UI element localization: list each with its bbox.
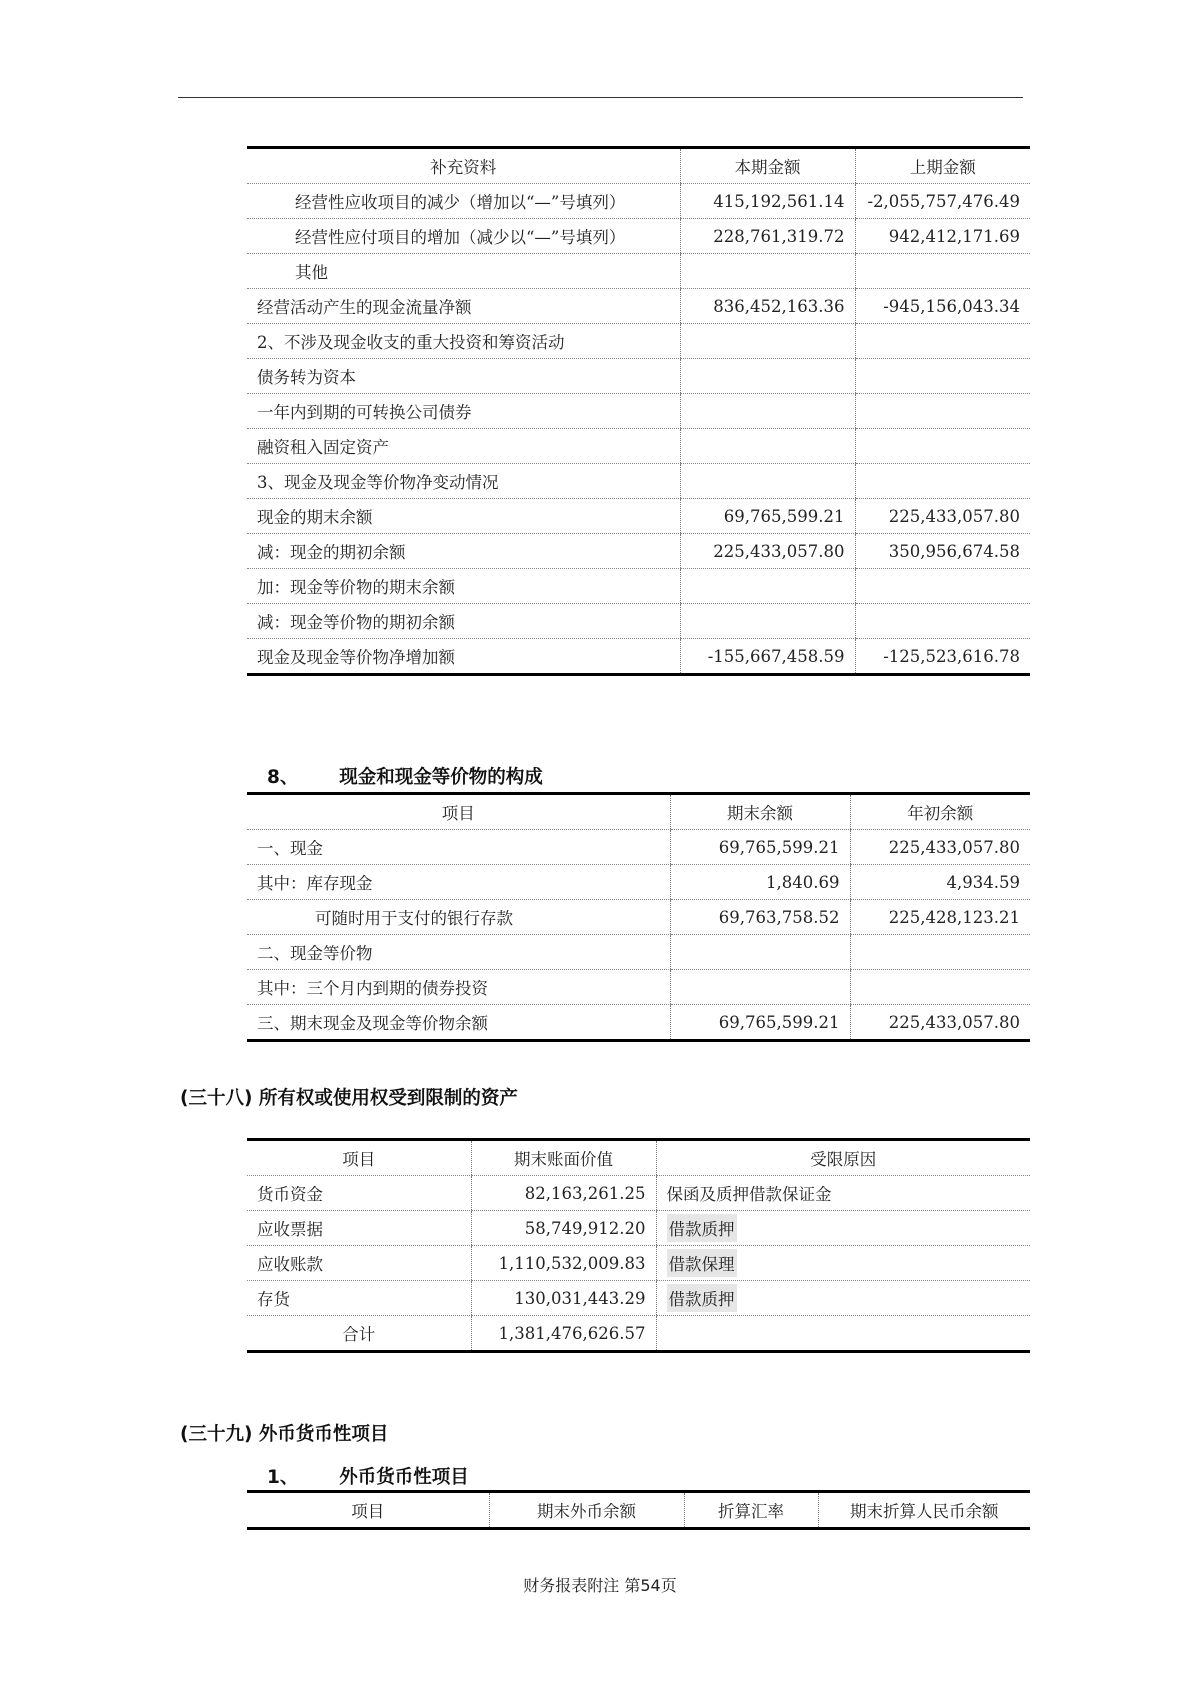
table-row: 应收账款1,110,532,009.83借款保理 bbox=[247, 1246, 1030, 1281]
row-label: 现金及现金等价物净增加额 bbox=[247, 639, 680, 675]
row-label: 经营性应付项目的增加（减少以“—”号填列） bbox=[247, 219, 680, 254]
prior-amount bbox=[855, 324, 1030, 359]
column-header: 期末外币余额 bbox=[489, 1492, 684, 1529]
column-header: 项目 bbox=[247, 794, 670, 830]
header-rule bbox=[178, 97, 1023, 98]
current-amount: 225,433,057.80 bbox=[680, 534, 855, 569]
ending-balance bbox=[670, 935, 850, 970]
ending-balance: 69,763,758.52 bbox=[670, 900, 850, 935]
prior-amount bbox=[855, 569, 1030, 604]
row-label: 现金的期末余额 bbox=[247, 499, 680, 534]
table-row: 应收票据58,749,912.20借款质押 bbox=[247, 1211, 1030, 1246]
book-value: 130,031,443.29 bbox=[471, 1281, 656, 1316]
row-label: 债务转为资本 bbox=[247, 359, 680, 394]
table-row: 经营性应付项目的增加（减少以“—”号填列）228,761,319.72942,4… bbox=[247, 219, 1030, 254]
foreign-currency-table: 项目 期末外币余额 折算汇率 期末折算人民币余额 bbox=[247, 1490, 1030, 1530]
column-header: 年初余额 bbox=[850, 794, 1030, 830]
table-row: 现金的期末余额69,765,599.21225,433,057.80 bbox=[247, 499, 1030, 534]
asset-item: 应收账款 bbox=[247, 1246, 471, 1281]
beginning-balance: 225,428,123.21 bbox=[850, 900, 1030, 935]
current-amount bbox=[680, 394, 855, 429]
table-header-row: 项目 期末账面价值 受限原因 bbox=[247, 1140, 1030, 1176]
row-label: 其他 bbox=[247, 254, 680, 289]
restriction-reason-text: 借款质押 bbox=[667, 1214, 737, 1242]
table-row: 3、现金及现金等价物净变动情况 bbox=[247, 464, 1030, 499]
current-amount: -155,667,458.59 bbox=[680, 639, 855, 675]
table-row: 经营性应收项目的减少（增加以“—”号填列）415,192,561.14-2,05… bbox=[247, 184, 1030, 219]
table-row: 减：现金的期初余额225,433,057.80350,956,674.58 bbox=[247, 534, 1030, 569]
table-row: 减：现金等价物的期初余额 bbox=[247, 604, 1030, 639]
cash-equivalents-table: 项目 期末余额 年初余额 一、现金69,765,599.21225,433,05… bbox=[247, 792, 1030, 1042]
section-39-subheading: 1、 外币货币性项目 bbox=[267, 1463, 469, 1489]
table-header-row: 项目 期末外币余额 折算汇率 期末折算人民币余额 bbox=[247, 1492, 1030, 1529]
section-title: 现金和现金等价物的构成 bbox=[339, 767, 543, 788]
current-amount: 69,765,599.21 bbox=[680, 499, 855, 534]
row-label: 加：现金等价物的期末余额 bbox=[247, 569, 680, 604]
row-label: 3、现金及现金等价物净变动情况 bbox=[247, 464, 680, 499]
subsection-title: 外币货币性项目 bbox=[339, 1467, 469, 1488]
book-value: 1,110,532,009.83 bbox=[471, 1246, 656, 1281]
table-row: 存货130,031,443.29借款质押 bbox=[247, 1281, 1030, 1316]
table-row: 现金及现金等价物净增加额-155,667,458.59-125,523,616.… bbox=[247, 639, 1030, 675]
row-label: 经营活动产生的现金流量净额 bbox=[247, 289, 680, 324]
total-value: 1,381,476,626.57 bbox=[471, 1316, 656, 1352]
prior-amount: 350,956,674.58 bbox=[855, 534, 1030, 569]
prior-amount bbox=[855, 394, 1030, 429]
table-row: 一、现金69,765,599.21225,433,057.80 bbox=[247, 830, 1030, 865]
asset-item: 货币资金 bbox=[247, 1176, 471, 1211]
table-row: 可随时用于支付的银行存款69,763,758.52225,428,123.21 bbox=[247, 900, 1030, 935]
prior-amount: -125,523,616.78 bbox=[855, 639, 1030, 675]
current-amount bbox=[680, 359, 855, 394]
table-row: 加：现金等价物的期末余额 bbox=[247, 569, 1030, 604]
current-amount bbox=[680, 569, 855, 604]
restriction-reason-text: 保函及质押借款保证金 bbox=[667, 1185, 832, 1204]
subsection-number: 1、 bbox=[267, 1467, 298, 1488]
page-footer: 财务报表附注 第54页 bbox=[0, 1573, 1200, 1596]
row-label: 经营性应收项目的减少（增加以“—”号填列） bbox=[247, 184, 680, 219]
book-value: 82,163,261.25 bbox=[471, 1176, 656, 1211]
prior-amount bbox=[855, 604, 1030, 639]
beginning-balance: 4,934.59 bbox=[850, 865, 1030, 900]
table-row: 一年内到期的可转换公司债券 bbox=[247, 394, 1030, 429]
beginning-balance bbox=[850, 970, 1030, 1005]
ending-balance: 69,765,599.21 bbox=[670, 830, 850, 865]
total-label: 合计 bbox=[247, 1316, 471, 1352]
current-amount bbox=[680, 604, 855, 639]
column-header: 期末余额 bbox=[670, 794, 850, 830]
row-label: 三、期末现金及现金等价物余额 bbox=[247, 1005, 670, 1041]
row-label: 其中：三个月内到期的债券投资 bbox=[247, 970, 670, 1005]
current-amount: 415,192,561.14 bbox=[680, 184, 855, 219]
table-row: 其中：三个月内到期的债券投资 bbox=[247, 970, 1030, 1005]
prior-amount: 942,412,171.69 bbox=[855, 219, 1030, 254]
table-row: 债务转为资本 bbox=[247, 359, 1030, 394]
restricted-assets-table: 项目 期末账面价值 受限原因 货币资金82,163,261.25保函及质押借款保… bbox=[247, 1138, 1030, 1353]
row-label: 可随时用于支付的银行存款 bbox=[247, 900, 670, 935]
column-header: 折算汇率 bbox=[684, 1492, 818, 1529]
prior-amount: 225,433,057.80 bbox=[855, 499, 1030, 534]
table-row: 二、现金等价物 bbox=[247, 935, 1030, 970]
prior-amount bbox=[855, 464, 1030, 499]
column-header: 受限原因 bbox=[656, 1140, 1030, 1176]
row-label: 其中：库存现金 bbox=[247, 865, 670, 900]
row-label: 融资租入固定资产 bbox=[247, 429, 680, 464]
column-header: 期末折算人民币余额 bbox=[818, 1492, 1030, 1529]
total-row: 合计1,381,476,626.57 bbox=[247, 1316, 1030, 1352]
beginning-balance bbox=[850, 935, 1030, 970]
table-header-row: 项目 期末余额 年初余额 bbox=[247, 794, 1030, 830]
prior-amount bbox=[855, 254, 1030, 289]
restriction-reason-text: 借款质押 bbox=[667, 1284, 737, 1312]
table-row: 其他 bbox=[247, 254, 1030, 289]
asset-item: 存货 bbox=[247, 1281, 471, 1316]
prior-amount bbox=[855, 359, 1030, 394]
section-number: 8、 bbox=[267, 767, 298, 788]
column-header: 期末账面价值 bbox=[471, 1140, 656, 1176]
table-row: 其中：库存现金1,840.694,934.59 bbox=[247, 865, 1030, 900]
row-label: 减：现金的期初余额 bbox=[247, 534, 680, 569]
restriction-reason: 借款质押 bbox=[656, 1211, 1030, 1246]
table-header-row: 补充资料 本期金额 上期金额 bbox=[247, 148, 1030, 184]
current-amount: 836,452,163.36 bbox=[680, 289, 855, 324]
prior-amount: -2,055,757,476.49 bbox=[855, 184, 1030, 219]
total-reason bbox=[656, 1316, 1030, 1352]
prior-amount bbox=[855, 429, 1030, 464]
table-row: 货币资金82,163,261.25保函及质押借款保证金 bbox=[247, 1176, 1030, 1211]
beginning-balance: 225,433,057.80 bbox=[850, 830, 1030, 865]
section-8-heading: 8、 现金和现金等价物的构成 bbox=[267, 763, 543, 789]
current-amount bbox=[680, 429, 855, 464]
book-value: 58,749,912.20 bbox=[471, 1211, 656, 1246]
row-label: 2、不涉及现金收支的重大投资和筹资活动 bbox=[247, 324, 680, 359]
section-39-heading: (三十九) 外币货币性项目 bbox=[180, 1420, 388, 1446]
restriction-reason: 借款质押 bbox=[656, 1281, 1030, 1316]
restriction-reason: 保函及质押借款保证金 bbox=[656, 1176, 1030, 1211]
row-label: 一、现金 bbox=[247, 830, 670, 865]
ending-balance: 69,765,599.21 bbox=[670, 1005, 850, 1041]
current-amount bbox=[680, 324, 855, 359]
current-amount: 228,761,319.72 bbox=[680, 219, 855, 254]
column-header: 项目 bbox=[247, 1140, 471, 1176]
current-amount bbox=[680, 254, 855, 289]
row-label: 减：现金等价物的期初余额 bbox=[247, 604, 680, 639]
prior-amount: -945,156,043.34 bbox=[855, 289, 1030, 324]
table-row: 2、不涉及现金收支的重大投资和筹资活动 bbox=[247, 324, 1030, 359]
table-row: 融资租入固定资产 bbox=[247, 429, 1030, 464]
supplementary-cashflow-table: 补充资料 本期金额 上期金额 经营性应收项目的减少（增加以“—”号填列）415,… bbox=[247, 146, 1030, 676]
ending-balance bbox=[670, 970, 850, 1005]
restriction-reason: 借款保理 bbox=[656, 1246, 1030, 1281]
column-header: 上期金额 bbox=[855, 148, 1030, 184]
row-label: 二、现金等价物 bbox=[247, 935, 670, 970]
restriction-reason-text: 借款保理 bbox=[667, 1249, 737, 1277]
column-header: 补充资料 bbox=[247, 148, 680, 184]
table-row: 三、期末现金及现金等价物余额69,765,599.21225,433,057.8… bbox=[247, 1005, 1030, 1041]
column-header: 项目 bbox=[247, 1492, 489, 1529]
current-amount bbox=[680, 464, 855, 499]
beginning-balance: 225,433,057.80 bbox=[850, 1005, 1030, 1041]
asset-item: 应收票据 bbox=[247, 1211, 471, 1246]
section-38-heading: (三十八) 所有权或使用权受到限制的资产 bbox=[180, 1084, 518, 1110]
ending-balance: 1,840.69 bbox=[670, 865, 850, 900]
row-label: 一年内到期的可转换公司债券 bbox=[247, 394, 680, 429]
table-row: 经营活动产生的现金流量净额836,452,163.36-945,156,043.… bbox=[247, 289, 1030, 324]
column-header: 本期金额 bbox=[680, 148, 855, 184]
